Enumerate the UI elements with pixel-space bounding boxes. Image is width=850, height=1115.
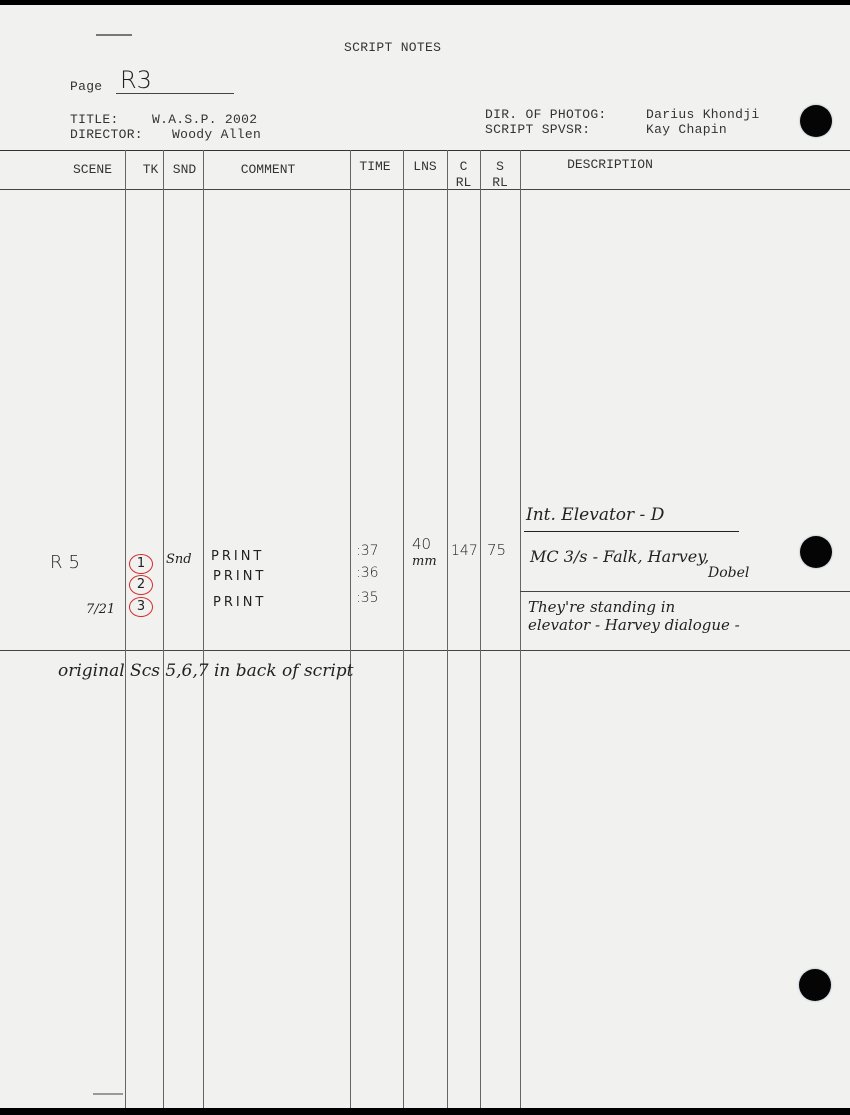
take-circle: 1	[129, 554, 153, 574]
lens-unit: mm	[412, 554, 437, 569]
col-header-lns: LNS	[403, 159, 447, 175]
binder-hole-middle	[800, 536, 832, 568]
col-divider	[520, 150, 521, 1108]
col-header-tk: TK	[138, 162, 163, 178]
footnote: original Scs 5,6,7 in back of script	[58, 661, 353, 681]
header-bottom-rule	[0, 189, 850, 190]
entry-bottom-rule	[0, 650, 850, 651]
col-divider	[480, 150, 481, 1108]
binder-hole-top	[800, 105, 832, 137]
col-header-s-rl: S RL	[480, 159, 520, 191]
title-label: TITLE:	[70, 112, 119, 127]
col-divider	[350, 150, 351, 1108]
col-divider	[125, 150, 126, 1108]
take-circle: 2	[129, 575, 153, 595]
desc-heading: Int. Elevator - D	[526, 505, 664, 525]
page-label: Page	[70, 79, 102, 94]
take-comment: PRINT	[211, 549, 264, 564]
col-header-description: DESCRIPTION	[540, 157, 680, 173]
sound-note: Snd	[166, 552, 192, 567]
title-value: W.A.S.P. 2002	[152, 112, 257, 127]
pencil-mark	[93, 1093, 123, 1095]
scene-date: 7/21	[86, 602, 115, 617]
binder-hole-bottom	[799, 969, 831, 1001]
header-top-rule	[0, 150, 850, 151]
script-notes-page: SCRIPT NOTES Page R3 TITLE: W.A.S.P. 200…	[0, 5, 850, 1108]
desc-divider	[520, 591, 850, 592]
col-divider	[447, 150, 448, 1108]
desc-shot: MC 3/s - Falk, Harvey,	[530, 547, 709, 566]
desc-action-line-1: They're standing in	[528, 598, 675, 616]
col-header-time: TIME	[350, 159, 400, 175]
dop-value: Darius Khondji	[646, 107, 759, 122]
form-title: SCRIPT NOTES	[344, 40, 441, 55]
take-time: :36	[356, 565, 379, 581]
supervisor-label: SCRIPT SPVSR:	[485, 122, 590, 137]
pencil-mark	[96, 34, 132, 36]
scene-number: R5	[50, 552, 86, 573]
director-label: DIRECTOR:	[70, 127, 143, 142]
col-header-scene: SCENE	[60, 162, 125, 178]
desc-action-line-2: elevator - Harvey dialogue -	[528, 616, 740, 634]
col-divider	[203, 150, 204, 1108]
director-value: Woody Allen	[172, 127, 261, 142]
col-header-snd: SND	[166, 162, 203, 178]
take-time: :37	[356, 543, 379, 559]
col-header-comment: COMMENT	[203, 162, 333, 178]
desc-heading-underline	[524, 531, 739, 532]
take-circle: 3	[129, 597, 153, 617]
camera-roll: 147	[451, 543, 478, 559]
col-divider	[163, 150, 164, 1108]
take-comment: PRINT	[213, 595, 266, 610]
sound-roll: 75	[487, 541, 506, 559]
desc-shot-cont: Dobel	[708, 565, 749, 581]
take-time: :35	[356, 590, 379, 606]
page-number: R3	[120, 66, 152, 94]
supervisor-value: Kay Chapin	[646, 122, 727, 137]
col-header-c-rl: C RL	[447, 159, 480, 191]
take-comment: PRINT	[213, 569, 266, 584]
lens-value: 40	[412, 535, 431, 553]
dop-label: DIR. OF PHOTOG:	[485, 107, 607, 122]
col-divider	[403, 150, 404, 1108]
